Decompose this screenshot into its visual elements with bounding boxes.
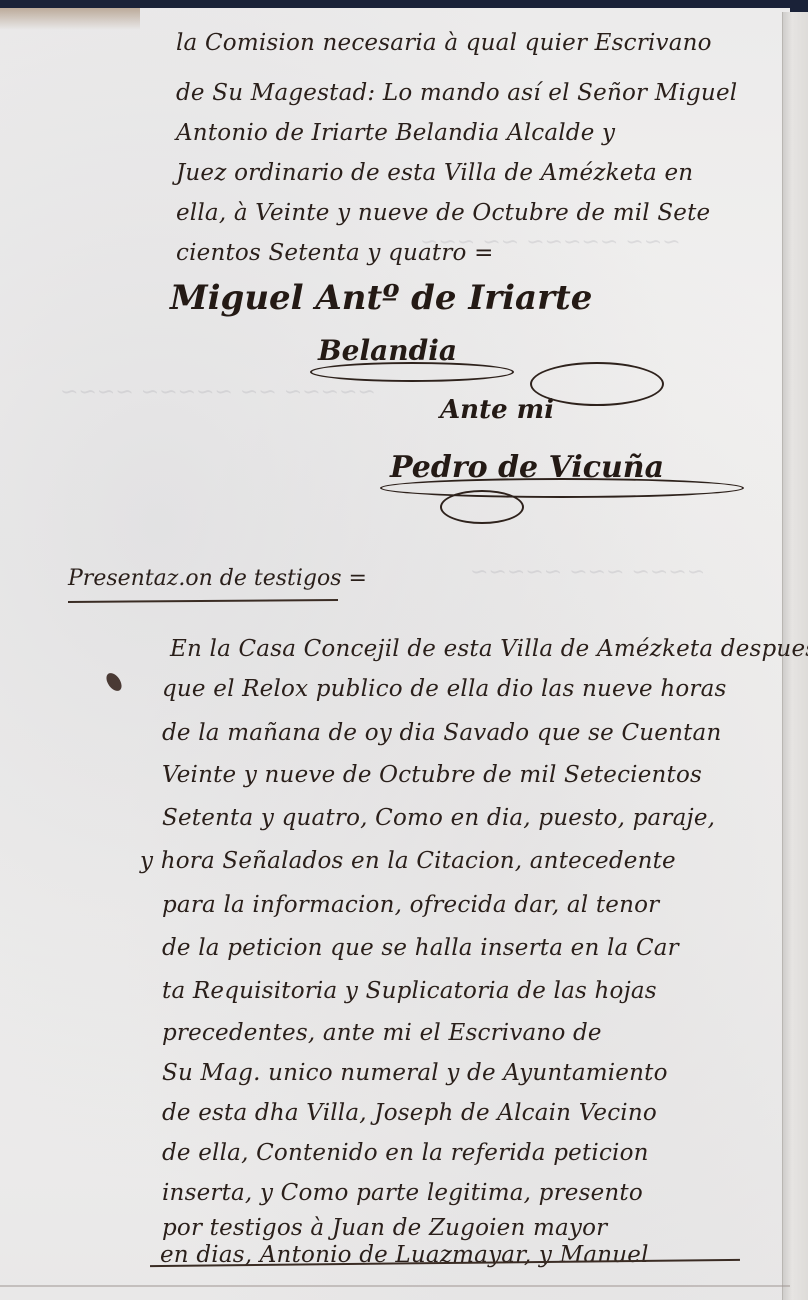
- text-line: y hora Señalados en la Citacion, anteced…: [140, 848, 676, 874]
- text-line: de ella, Contenido en la referida petici…: [162, 1140, 649, 1166]
- text-line: Juez ordinario de esta Villa de Amézketa…: [176, 160, 693, 186]
- text-line: En la Casa Concejil de esta Villa de Amé…: [170, 636, 808, 662]
- text-line: Su Mag. unico numeral y de Ayuntamiento: [162, 1060, 668, 1086]
- text-line: de esta dha Villa, Joseph de Alcain Veci…: [162, 1100, 657, 1126]
- paper-stain: [0, 8, 140, 30]
- signature-flourish: [380, 478, 744, 498]
- text-line: que el Relox publico de ella dio las nue…: [162, 676, 727, 702]
- text-line: para la informacion, ofrecida dar, al te…: [162, 892, 659, 918]
- text-line: Veinte y nueve de Octubre de mil Setecie…: [162, 762, 702, 788]
- text-line: Antonio de Iriarte Belandia Alcalde y: [176, 120, 615, 146]
- text-line: ta Requisitoria y Suplicatoria de las ho…: [162, 978, 657, 1004]
- signature-flourish: [530, 362, 664, 406]
- attestation-ante-mi: Ante mi: [440, 395, 554, 425]
- text-line: de la mañana de oy dia Savado que se Cue…: [162, 720, 721, 746]
- signature-miguel-antonio-iriarte: Miguel Antº de Iriarte: [170, 278, 592, 318]
- text-line: de Su Magestad: Lo mando así el Señor Mi…: [176, 80, 737, 106]
- signature-flourish: [440, 490, 524, 524]
- bleed-through-text: ~~~~~ ~~ ~~~~~ ~~~~: [60, 380, 376, 405]
- text-line: inserta, y Como parte legitima, presento: [162, 1180, 643, 1206]
- text-line: Setenta y quatro, Como en dia, puesto, p…: [162, 805, 715, 831]
- text-line: cientos Setenta y quatro =: [176, 240, 494, 266]
- text-line: de la peticion que se halla inserta en l…: [162, 935, 679, 961]
- margin-heading: Presentaz.on de testigos =: [68, 566, 367, 591]
- text-line: precedentes, ante mi el Escrivano de: [162, 1020, 602, 1046]
- signature-flourish: [310, 362, 514, 382]
- text-line: ella, à Veinte y nueve de Octubre de mil…: [176, 200, 710, 226]
- text-line: la Comision necesaria à qual quier Escri…: [176, 30, 712, 56]
- bleed-through-text: ~~~~ ~~~ ~~~~~: [470, 560, 705, 585]
- text-line: por testigos à Juan de Zugoien mayor: [162, 1215, 607, 1241]
- paper-crease: [0, 1285, 790, 1287]
